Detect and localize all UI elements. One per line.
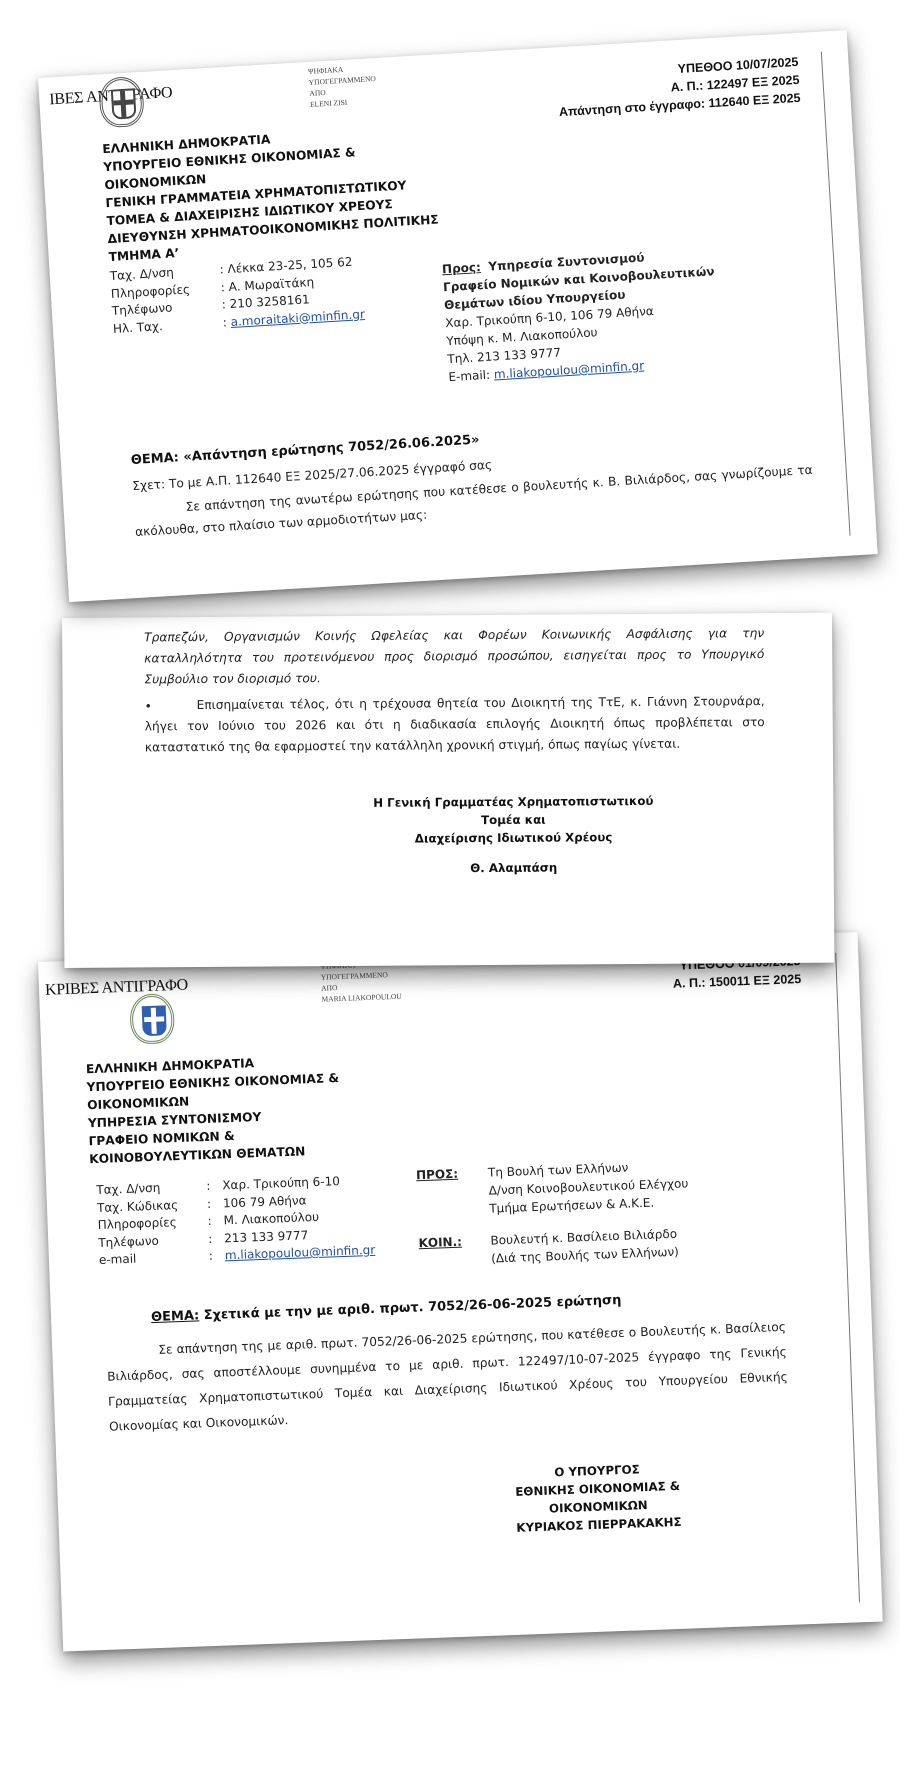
document-page-3: ΚΡΙΒΕΣ ΑΝΤΙΓΡΑΦΟ ΑΚΡΙΒΕΣ ΑΝΤΙ... ΨΗΦΙΑΚΑ… — [38, 932, 883, 1652]
greek-coat-of-arms-icon — [129, 993, 175, 1045]
recipient-block: ΠΡΟΣ: Τη Βουλή των Ελλήνων Δ/νση Κοινοβο… — [416, 1156, 691, 1270]
body-paragraph: Σε απάντηση της με αριθ. πρωτ. 7052/26-0… — [106, 1315, 789, 1440]
protocol-references: ΥΠΕΘΟΟ 10/07/2025 Α. Π.: 122497 ΕΞ 2025 … — [556, 53, 801, 121]
bullet-item: • Επισημαίνεται τέλος, ότι η τρέχουσα θη… — [145, 691, 765, 758]
subject-line: ΘΕΜΑ: Σχετικά με την με αριθ. πρωτ. 7052… — [151, 1293, 622, 1325]
signatory-title: Η Γενική Γραμματέας Χρηματοπιστωτικού Το… — [353, 792, 673, 848]
sender-contact-details: Ταχ. Δ/νση:Χαρ. Τρικούπη 6-10 Ταχ. Κώδικ… — [96, 1172, 375, 1270]
page-margin-line — [835, 953, 860, 1603]
recipient-block: Προς: Υπηρεσία Συντονισμού Γραφείο Νομικ… — [442, 244, 721, 386]
signatory-name: Θ. Αλαμπάση — [354, 858, 674, 878]
bullet-paragraph: Επισημαίνεται τέλος, ότι η τρέχουσα θητε… — [145, 691, 765, 758]
sender-header: ΕΛΛΗΝΙΚΗ ΔΗΜΟΚΡΑΤΙΑ ΥΠΟΥΡΓΕΙΟ ΕΘΝΙΚΗΣ ΟΙ… — [102, 121, 440, 266]
document-page-2: Τραπεζών, Οργανισμών Κοινής Ωφελείας και… — [62, 613, 834, 968]
document-page-1: ΙΒΕΣ ΑΝΤΙΓΡΑΦΟ ΨΗΦΙΑΚΑ ΥΠΟΓΕΓΡΑΜΜΕΝΟ ΑΠΟ… — [38, 30, 878, 602]
certified-copy-stamp: ΚΡΙΒΕΣ ΑΝΤΙΓΡΑΦΟ — [45, 977, 188, 1000]
minister-signature: Ο ΥΠΟΥΡΓΟΣ ΕΘΝΙΚΗΣ ΟΙΚΟΝΟΜΙΑΣ & ΟΙΚΟΝΟΜΙ… — [477, 1457, 719, 1538]
page-margin-line — [821, 51, 851, 535]
digital-signature-stamp: ΨΗΦΙΑΚΑ ΥΠΟΓΕΓΡΑΜΜΕΝΟ ΑΠΟ ELENI ZISI — [308, 62, 378, 110]
cc-block: ΚΟΙΝ.: Βουλευτή κ. Βασίλειο Βιλιάρδο (Δι… — [418, 1224, 691, 1270]
sender-header: ΕΛΛΗΝΙΚΗ ΔΗΜΟΚΡΑΤΙΑ ΥΠΟΥΡΓΕΙΟ ΕΘΝΙΚΗΣ ΟΙ… — [86, 1051, 342, 1168]
sender-contact-details: Ταχ. Δ/νση: Λέκκα 23-25, 105 62 Πληροφορ… — [109, 253, 365, 338]
italic-paragraph: Τραπεζών, Οργανισμών Κοινής Ωφελείας και… — [144, 623, 764, 690]
greek-coat-of-arms-icon — [98, 76, 145, 129]
